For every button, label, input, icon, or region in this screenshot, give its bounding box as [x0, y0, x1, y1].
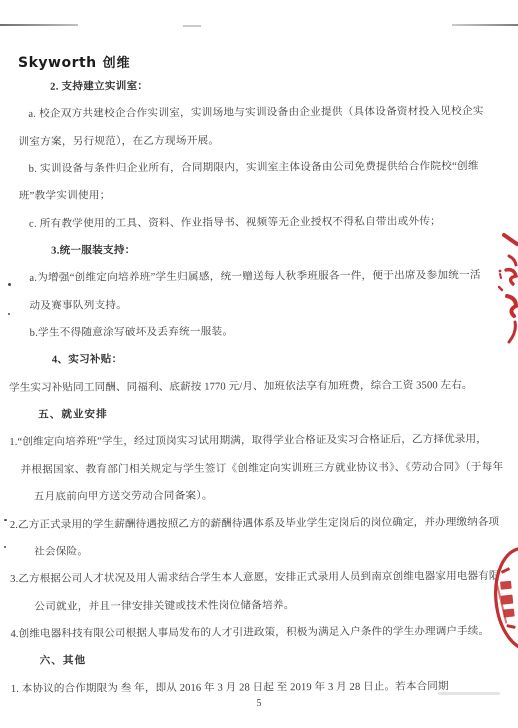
toner-speck [8, 313, 10, 315]
toner-speck [4, 519, 7, 521]
contract-text-line: b.学生不得随意涂写破坏及丢弃统一服装。 [30, 317, 518, 347]
contract-text-line: 4.创维电器科技有限公司根据人事局发布的人才引进政策，积极为满足入户条件的学生办… [10, 618, 518, 648]
contract-text-line: 班”教学实训使用； [19, 180, 517, 210]
toner-speck [4, 546, 6, 548]
skyworth-logo-cn: 创维 [103, 56, 131, 71]
contract-text-line: b. 实训设备与条件归企业所有，合同期限内，实训室主体设备由公司免费提供给合作院… [29, 153, 517, 183]
contract-text-line: c. 所有教学使用的工具、资料、作业指导书、视频等无企业授权不得私自带出或外传； [29, 208, 517, 238]
contract-text-line: a.为增强“创维定向培养班”学生归属感，统一赠送每人秋季班服各一件，便于出席及参… [29, 262, 517, 292]
contract-text-line: 学生实习补贴同工同酬、同福利、底薪按 1770 元/月、加班依法享有加班费，综合… [9, 372, 518, 402]
contract-text-line: 并根据国家、教育部门相关规定与学生签订《创维定向实训班三方就业协议书》、《劳动合… [20, 454, 518, 484]
contract-text-line: 1.“创维定向培养班”学生，经过顶岗实习试用期满，取得学业合格证及实习合格证后，… [9, 426, 518, 456]
skyworth-logo-en: Skyworth [18, 55, 97, 71]
contract-text-line: 五月底前向甲方送交劳动合同备案）。 [34, 481, 518, 511]
scan-smudge [438, 692, 500, 695]
page-number: 5 [0, 698, 518, 709]
toner-speck [8, 283, 11, 286]
contract-text-line: 3.乙方根据公司人才状况及用人需求结合学生本人意愿，安排正式录用人员到南京创维电… [10, 563, 518, 593]
scan-artifact-line [183, 25, 201, 27]
contract-text-line: 2. 支持建立实训室： [50, 71, 516, 101]
red-seal-fragment [492, 546, 518, 654]
contract-text-line: a. 校企双方共建校企合作实训室，实训场地与实训设备由企业提供（具体设备资材投入… [28, 98, 516, 128]
contract-text-line: 社会保险。 [34, 536, 518, 566]
contract-text-line: 六、其他 [40, 645, 518, 675]
contract-text-line: 2.乙方正式录用的学生薪酬待遇按照乙方的薪酬待遇体系及毕业学生定岗后的岗位确定，… [10, 508, 518, 538]
skyworth-logo: Skyworth创维 [18, 52, 131, 71]
scanned-contract-page: Skyworth创维 2. 支持建立实训室：a. 校企双方共建校企合作实训室，实… [0, 0, 518, 728]
scan-artifact-line [452, 24, 518, 26]
contract-lines: 2. 支持建立实训室：a. 校企双方共建校企合作实训室，实训场地与实训设备由企业… [0, 71, 518, 703]
contract-text-line: 3.统一服装支持： [51, 235, 517, 265]
contract-text-line: 训室方案，另行规范），在乙方现场开展。 [18, 126, 516, 156]
scan-artifact-line [0, 24, 78, 26]
contract-text-line: 动及赛事队列支持。 [29, 290, 517, 320]
contract-text-line: 公司就业，并且一律安排关键或技术性岗位储备培养。 [34, 590, 518, 620]
contract-text-line: 4、实习补贴： [52, 344, 518, 374]
red-handwriting-fragment [488, 230, 518, 350]
contract-text-line: 五、就业安排 [38, 399, 518, 429]
